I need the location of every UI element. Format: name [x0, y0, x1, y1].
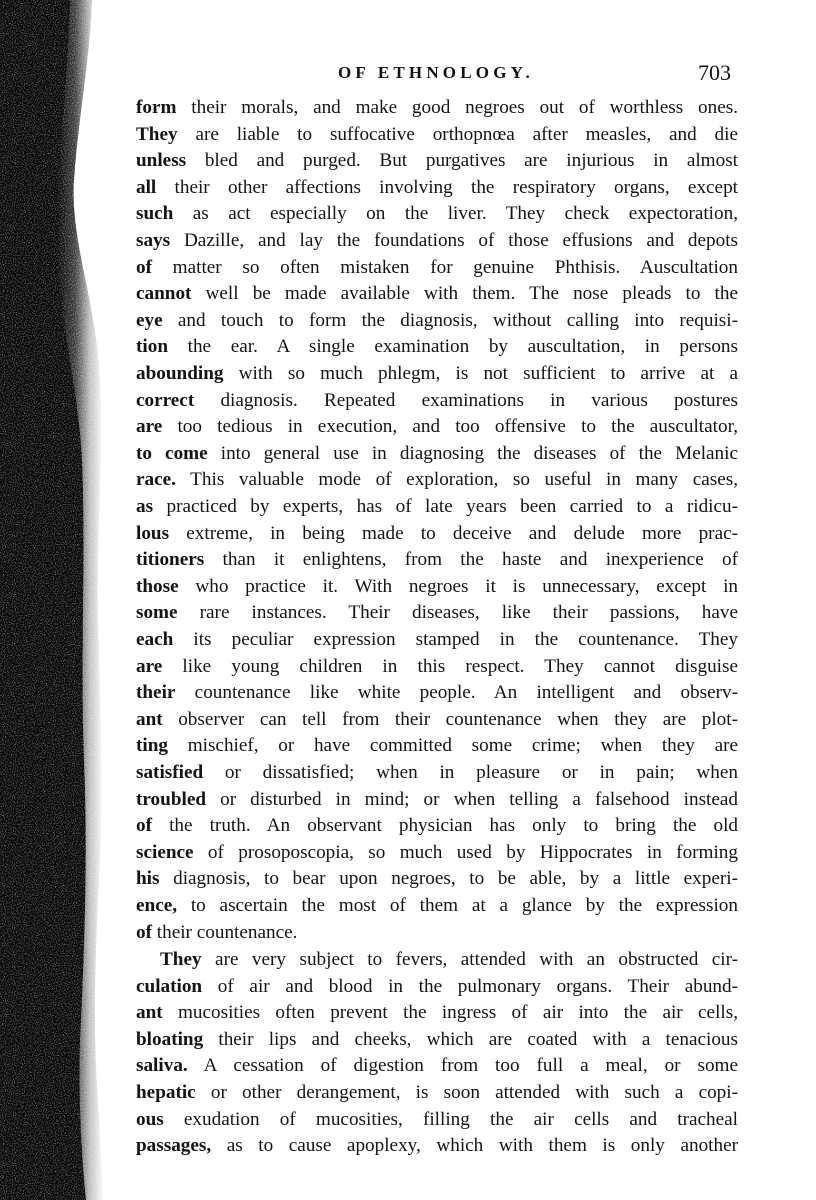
line-text: too tedious in execution, and too offens…: [162, 416, 738, 437]
text-line: ence, to ascertain the most of them at a…: [136, 893, 738, 919]
line-text: into general use in diagnosing the disea…: [208, 443, 738, 464]
line-text: than it enlightens, from the haste and i…: [204, 549, 738, 570]
text-line: says Dazille, and lay the foundations of…: [136, 228, 738, 254]
text-line: saliva. A cessation of digestion from to…: [136, 1053, 738, 1079]
line-text: practiced by experts, has of late years …: [153, 496, 738, 517]
line-text: Dazille, and lay the foundations of thos…: [170, 230, 738, 251]
running-header: OF ETHNOLOGY. 703: [130, 60, 740, 90]
text-line: They are very subject to fevers, attende…: [160, 947, 738, 973]
line-text: their countenance.: [152, 922, 297, 943]
line-lead: tion: [136, 336, 168, 357]
line-lead: cannot: [136, 283, 191, 304]
line-text: of air and blood in the pulmonary organs…: [202, 976, 738, 997]
line-text: and touch to form the diagnosis, without…: [163, 310, 738, 331]
text-line: correct diagnosis. Repeated examinations…: [136, 388, 738, 414]
text-line: are like young children in this respect.…: [136, 654, 738, 680]
line-text: its peculiar expression stamped in the c…: [173, 629, 738, 650]
line-lead: correct: [136, 390, 194, 411]
running-title: OF ETHNOLOGY.: [338, 63, 534, 83]
text-line: of their countenance.: [136, 920, 738, 946]
line-text: are liable to suffocative orthopnœa afte…: [178, 124, 738, 145]
line-lead: each: [136, 629, 173, 650]
line-text: bled and purged. But purgatives are inju…: [186, 150, 738, 171]
line-lead: such: [136, 203, 173, 224]
text-line: ous exudation of mucosities, filling the…: [136, 1107, 738, 1133]
line-lead: his: [136, 868, 159, 889]
line-lead: all: [136, 177, 156, 198]
text-line: their countenance like white people. An …: [136, 680, 738, 706]
line-lead: titioners: [136, 549, 204, 570]
line-text: matter so often mistaken for genuine Pht…: [152, 257, 738, 278]
text-line: to come into general use in diagnosing t…: [136, 441, 738, 467]
line-text: or disturbed in mind; or when telling a …: [206, 789, 738, 810]
line-lead: troubled: [136, 789, 206, 810]
line-text: countenance like white people. An intell…: [175, 682, 738, 703]
text-line: lous extreme, in being made to deceive a…: [136, 521, 738, 547]
text-line: of matter so often mistaken for genuine …: [136, 255, 738, 281]
text-line: ant observer can tell from their counten…: [136, 707, 738, 733]
text-line: titioners than it enlightens, from the h…: [136, 547, 738, 573]
line-lead: They: [160, 949, 202, 970]
text-line: troubled or disturbed in mind; or when t…: [136, 787, 738, 813]
text-line: hepatic or other derangement, is soon at…: [136, 1080, 738, 1106]
line-text: as to cause apoplexy, which with them is…: [211, 1135, 738, 1156]
text-line: ting mischief, or have committed some cr…: [136, 733, 738, 759]
line-text: their lips and cheeks, which are coated …: [203, 1029, 738, 1050]
line-lead: as: [136, 496, 153, 517]
line-text: or other derangement, is soon attended w…: [196, 1082, 738, 1103]
text-line: those who practice it. With negroes it i…: [136, 574, 738, 600]
page-number: 703: [698, 60, 731, 86]
text-line: science of prosoposcopia, so much used b…: [136, 840, 738, 866]
line-lead: of: [136, 922, 152, 943]
line-lead: to come: [136, 443, 208, 464]
line-text: exudation of mucosities, filling the air…: [164, 1109, 738, 1130]
line-text: or dissatisfied; when in pleasure or in …: [203, 762, 738, 783]
line-lead: ous: [136, 1109, 164, 1130]
line-lead: satisfied: [136, 762, 203, 783]
text-line: ant mucosities often prevent the ingress…: [136, 1000, 738, 1026]
line-text: who practice it. With negroes it is unne…: [179, 576, 738, 597]
line-lead: lous: [136, 523, 169, 544]
line-text: as act especially on the liver. They che…: [173, 203, 738, 224]
line-lead: are: [136, 656, 162, 677]
text-line: passages, as to cause apoplexy, which wi…: [136, 1133, 738, 1159]
text-line: abounding with so much phlegm, is not su…: [136, 361, 738, 387]
line-lead: abounding: [136, 363, 223, 384]
line-lead: culation: [136, 976, 202, 997]
text-line: unless bled and purged. But purgatives a…: [136, 148, 738, 174]
text-line: of the truth. An observant physician has…: [136, 813, 738, 839]
scan-binding-shadow: [0, 0, 130, 1200]
line-lead: ant: [136, 1002, 163, 1023]
line-lead: They: [136, 124, 178, 145]
line-lead: are: [136, 416, 162, 437]
line-text: diagnosis, to bear upon negroes, to be a…: [159, 868, 738, 889]
text-line: race. This valuable mode of exploration,…: [136, 467, 738, 493]
line-text: mucosities often prevent the ingress of …: [163, 1002, 738, 1023]
line-lead: their: [136, 682, 175, 703]
text-line: some rare instances. Their diseases, lik…: [136, 600, 738, 626]
text-line: as practiced by experts, has of late yea…: [136, 494, 738, 520]
line-text: rare instances. Their diseases, like the…: [178, 602, 738, 623]
line-text: like young children in this respect. The…: [162, 656, 738, 677]
line-text: mischief, or have committed some crime; …: [168, 735, 738, 756]
text-line: are too tedious in execution, and too of…: [136, 414, 738, 440]
line-text: to ascertain the most of them at a glanc…: [177, 895, 738, 916]
line-lead: those: [136, 576, 179, 597]
text-line: bloating their lips and cheeks, which ar…: [136, 1027, 738, 1053]
line-text: are very subject to fevers, attended wit…: [202, 949, 738, 970]
line-lead: some: [136, 602, 178, 623]
line-text: their morals, and make good negroes out …: [176, 97, 738, 118]
line-text: diagnosis. Repeated examinations in vari…: [194, 390, 738, 411]
text-line: all their other affections involving the…: [136, 175, 738, 201]
line-lead: ant: [136, 709, 163, 730]
line-text: of prosoposcopia, so much used by Hippoc…: [194, 842, 738, 863]
line-lead: ting: [136, 735, 168, 756]
line-text: This valuable mode of exploration, so us…: [176, 469, 738, 490]
line-lead: race.: [136, 469, 176, 490]
line-lead: bloating: [136, 1029, 203, 1050]
line-lead: form: [136, 97, 176, 118]
line-lead: unless: [136, 150, 186, 171]
line-lead: hepatic: [136, 1082, 196, 1103]
text-line: such as act especially on the liver. The…: [136, 201, 738, 227]
text-line: cannot well be made available with them.…: [136, 281, 738, 307]
text-line: form their morals, and make good negroes…: [136, 95, 738, 121]
line-lead: passages,: [136, 1135, 211, 1156]
line-lead: eye: [136, 310, 163, 331]
line-lead: says: [136, 230, 170, 251]
text-line: culation of air and blood in the pulmona…: [136, 974, 738, 1000]
text-line: each its peculiar expression stamped in …: [136, 627, 738, 653]
line-text: their other affections involving the res…: [156, 177, 738, 198]
text-line: satisfied or dissatisfied; when in pleas…: [136, 760, 738, 786]
line-text: with so much phlegm, is not sufficient t…: [223, 363, 738, 384]
line-text: the truth. An observant physician has on…: [152, 815, 738, 836]
line-lead: science: [136, 842, 194, 863]
line-text: observer can tell from their countenance…: [163, 709, 738, 730]
text-line: eye and touch to form the diagnosis, wit…: [136, 308, 738, 334]
line-lead: ence,: [136, 895, 177, 916]
text-line: tion the ear. A single examination by au…: [136, 334, 738, 360]
line-text: the ear. A single examination by auscult…: [168, 336, 738, 357]
line-text: well be made available with them. The no…: [191, 283, 738, 304]
line-lead: of: [136, 257, 152, 278]
text-line: They are liable to suffocative orthopnœa…: [136, 122, 738, 148]
text-line: his diagnosis, to bear upon negroes, to …: [136, 866, 738, 892]
line-text: extreme, in being made to deceive and de…: [169, 523, 738, 544]
line-lead: of: [136, 815, 152, 836]
line-lead: saliva.: [136, 1055, 188, 1076]
line-text: A cessation of digestion from too full a…: [188, 1055, 738, 1076]
